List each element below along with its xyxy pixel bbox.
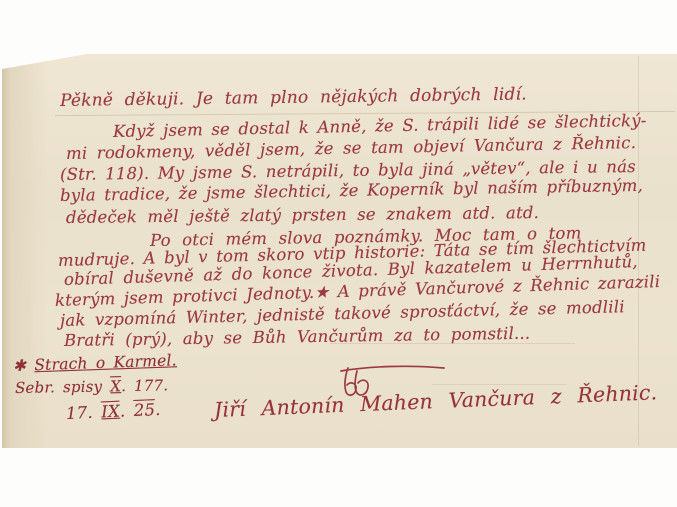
footnote-reference-line: Sebr. spisy X. 177. [15,376,169,397]
date-day: 17. [66,402,102,423]
footnote-reference-prefix: Sebr. spisy [15,377,111,397]
date-year: 25 [133,400,155,420]
footnote-reference-volume: X [110,377,121,395]
date-separator: . [120,401,135,421]
date-month: IX [101,402,120,422]
date-end-dot: . [155,400,161,419]
footnote-star-icon: ✱ [13,356,35,375]
footnote-reference-suffix: . 177. [121,376,168,395]
paper-corner-fold [2,54,87,69]
